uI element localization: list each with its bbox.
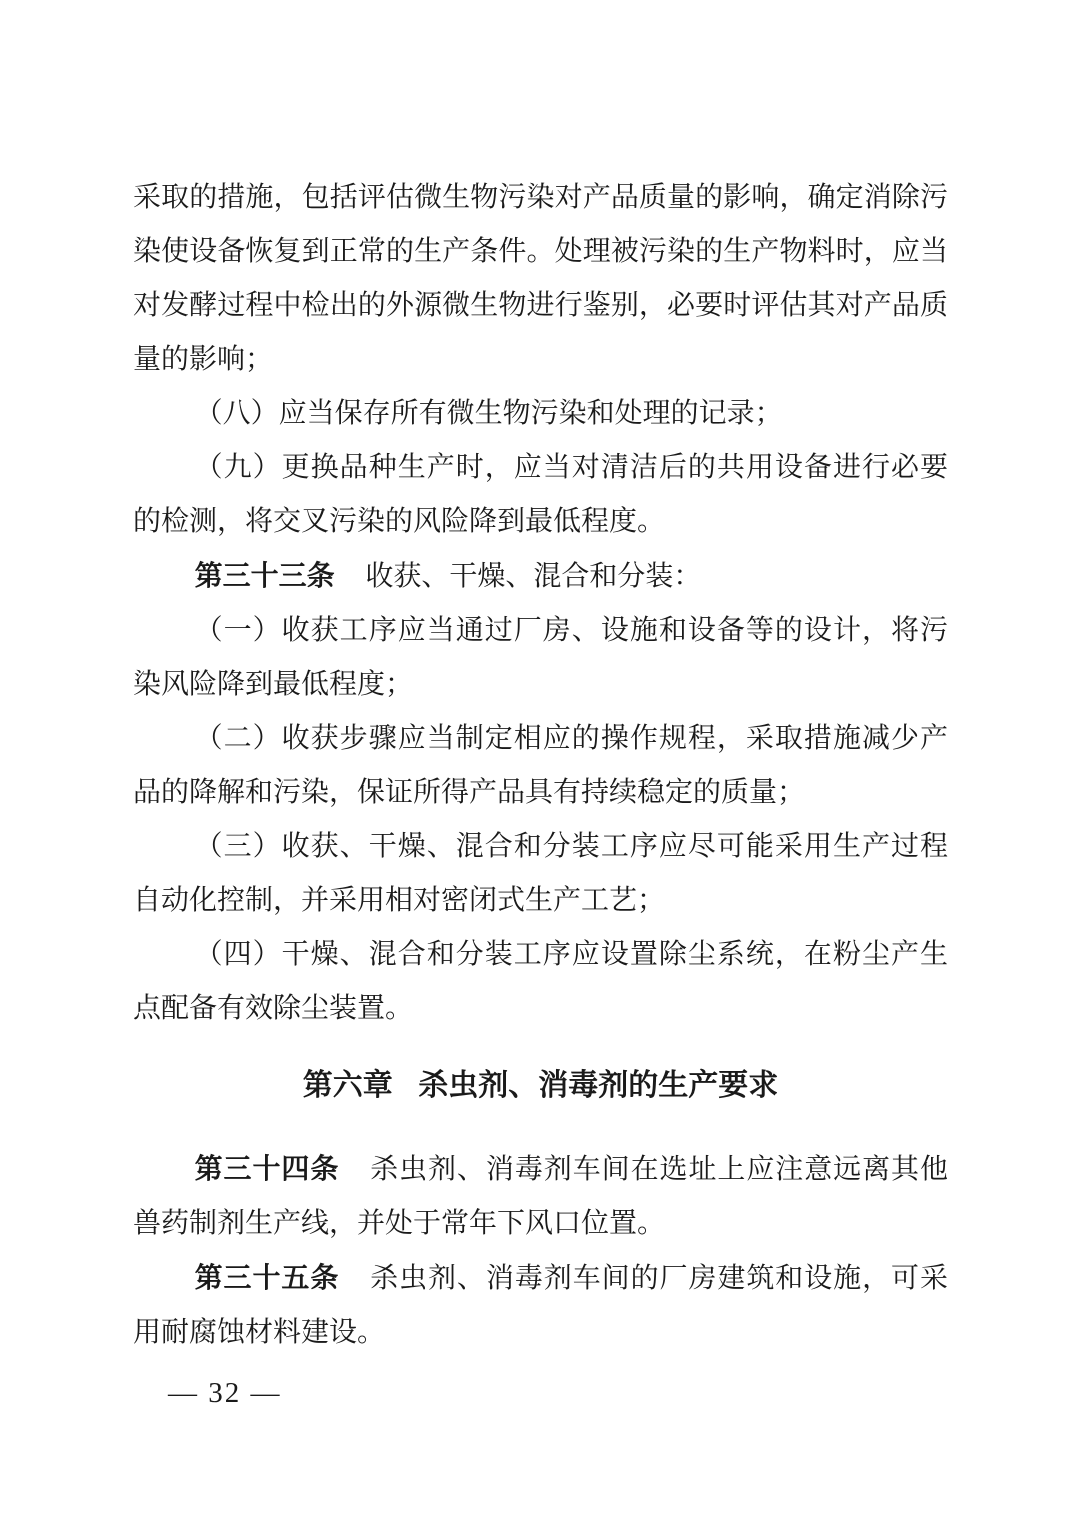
chapter-title-text: 杀虫剂、消毒剂的生产要求 [418,1069,778,1102]
body-paragraph: （八）应当保存所有微生物污染和处理的记录； [133,387,948,441]
article-paragraph: 第三十三条收获、干燥、混合和分装： [133,549,948,604]
body-paragraph: （二）收获步骤应当制定相应的操作规程，采取措施减少产品的降解和污染，保证所得产品… [133,712,948,820]
paragraph-text: 采取的措施，包括评估微生物污染对产品质量的影响，确定消除污染使设备恢复到正常的生… [133,182,948,375]
chapter-heading: 第六章杀虫剂、消毒剂的生产要求 [133,1059,948,1113]
body-paragraph: （四）干燥、混合和分装工序应设置除尘系统，在粉尘产生点配备有效除尘装置。 [133,928,948,1036]
body-paragraph: （九）更换品种生产时，应当对清洁后的共用设备进行必要的检测，将交叉污染的风险降到… [133,441,948,549]
paragraph-text: （八）应当保存所有微生物污染和处理的记录； [195,398,783,429]
paragraph-text: （二）收获步骤应当制定相应的操作规程，采取措施减少产品的降解和污染，保证所得产品… [133,723,948,808]
paragraph-text: （九）更换品种生产时，应当对清洁后的共用设备进行必要的检测，将交叉污染的风险降到… [133,452,948,537]
document-body: 采取的措施，包括评估微生物污染对产品质量的影响，确定消除污染使设备恢复到正常的生… [133,171,948,1420]
paragraph-text: （三）收获、干燥、混合和分装工序应尽可能采用生产过程自动化控制，并采用相对密闭式… [133,831,948,916]
page-number: — 32 — [168,1366,948,1420]
article-paragraph: 第三十五条杀虫剂、消毒剂车间的厂房建筑和设施，可采用耐腐蚀材料建设。 [133,1251,948,1360]
article-number: 第三十四条 [195,1153,340,1184]
chapter-number: 第六章 [303,1069,393,1102]
paragraph-text: 收获、干燥、混合和分装： [365,561,701,592]
body-paragraph: 采取的措施，包括评估微生物污染对产品质量的影响，确定消除污染使设备恢复到正常的生… [133,171,948,387]
document-page: 采取的措施，包括评估微生物污染对产品质量的影响，确定消除污染使设备恢复到正常的生… [0,0,1080,1527]
article-number: 第三十五条 [195,1262,340,1293]
body-paragraph: （三）收获、干燥、混合和分装工序应尽可能采用生产过程自动化控制，并采用相对密闭式… [133,820,948,928]
paragraph-text: （一）收获工序应当通过厂房、设施和设备等的设计，将污染风险降到最低程度； [133,615,948,700]
article-number: 第三十三条 [195,560,335,591]
article-paragraph: 第三十四条杀虫剂、消毒剂车间在选址上应注意远离其他兽药制剂生产线，并处于常年下风… [133,1142,948,1251]
paragraph-text: （四）干燥、混合和分装工序应设置除尘系统，在粉尘产生点配备有效除尘装置。 [133,939,948,1024]
body-paragraph: （一）收获工序应当通过厂房、设施和设备等的设计，将污染风险降到最低程度； [133,604,948,712]
